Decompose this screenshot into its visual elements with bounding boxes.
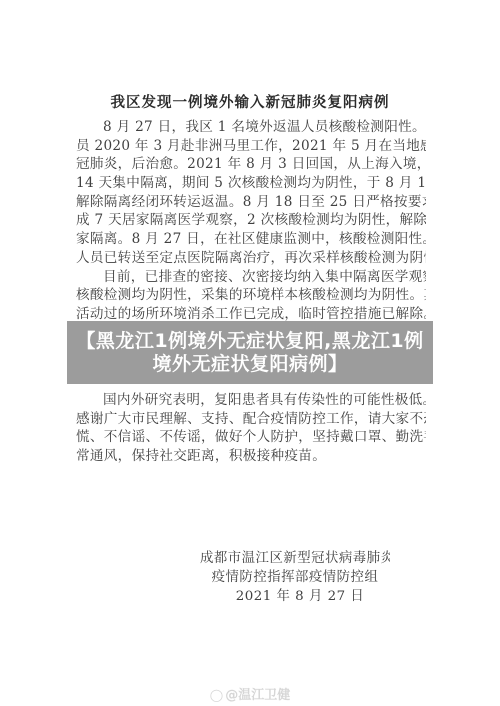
watermark: ◯@温江卫健 bbox=[0, 684, 500, 703]
signature-org-line-1: 成都市温江区新型冠状病毒肺炎 bbox=[200, 549, 390, 568]
text-line: 核酸检测均为阴性，采集的环境样本核酸检测均为阴性。其 bbox=[76, 286, 426, 305]
signature-org-line-2: 疫情防控指挥部疫情防控组 bbox=[200, 568, 390, 587]
text-line: 8 月 27 日，我区 1 名境外返温人员核酸检测阳性。该人 bbox=[76, 118, 426, 137]
text-line: 人员已转送至定点医院隔离治疗，再次采样核酸检测为阴性。 bbox=[76, 249, 426, 268]
document-page: 我区发现一例境外输入新冠肺炎复阳病例 8 月 27 日，我区 1 名境外返温人员… bbox=[0, 0, 500, 706]
signature-block: 成都市温江区新型冠状病毒肺炎 疫情防控指挥部疫情防控组 2021 年 8 月 2… bbox=[200, 549, 390, 606]
document-title: 我区发现一例境外输入新冠肺炎复阳病例 bbox=[0, 91, 500, 112]
banner-headline: 【黑龙江1例境外无症状复阳,黑龙江1例境外无症状复阳病例】 bbox=[70, 330, 430, 376]
text-line: 国内外研究表明，复阳患者具有传染性的可能性极低。 bbox=[76, 391, 426, 410]
text-line: 目前，已排查的密接、次密接均纳入集中隔离医学观察， bbox=[76, 268, 426, 287]
text-line: 员 2020 年 3 月赴非洲马里工作，2021 年 5 月在当地感染新 bbox=[76, 137, 426, 156]
weibo-icon: ◯ bbox=[210, 688, 223, 702]
paragraph-1: 8 月 27 日，我区 1 名境外返温人员核酸检测阳性。该人 员 2020 年 … bbox=[76, 118, 426, 324]
text-line: 解除隔离经闭环转运返温。8 月 18 日至 25 日严格按要求完 bbox=[76, 193, 426, 212]
text-line: 家隔离。8 月 27 日，在社区健康监测中，核酸检测阳性。该 bbox=[76, 230, 426, 249]
signature-date: 2021 年 8 月 27 日 bbox=[200, 587, 390, 606]
paragraph-2: 国内外研究表明，复阳患者具有传染性的可能性极低。 感谢广大市民理解、支持、配合疫… bbox=[76, 391, 426, 466]
text-line: 常通风，保持社交距离，积极接种疫苗。 bbox=[76, 447, 426, 466]
watermark-text: @温江卫健 bbox=[225, 688, 290, 703]
text-line: 14 天集中隔离，期间 5 次核酸检测均为阴性，于 8 月 18 日 bbox=[76, 174, 426, 193]
overlay-banner: 【黑龙江1例境外无症状复阳,黑龙江1例境外无症状复阳病例】 bbox=[67, 321, 433, 384]
text-line: 冠肺炎，后治愈。2021 年 8 月 3 日回国，从上海入境，完成 bbox=[76, 155, 426, 174]
text-line: 成 7 天居家隔离医学观察，2 次核酸检测均为阴性，解除居 bbox=[76, 211, 426, 230]
text-line: 感谢广大市民理解、支持、配合疫情防控工作，请大家不恐 bbox=[76, 410, 426, 429]
text-line: 慌、不信谣、不传谣，做好个人防护，坚持戴口罩、勤洗手、 bbox=[76, 428, 426, 447]
